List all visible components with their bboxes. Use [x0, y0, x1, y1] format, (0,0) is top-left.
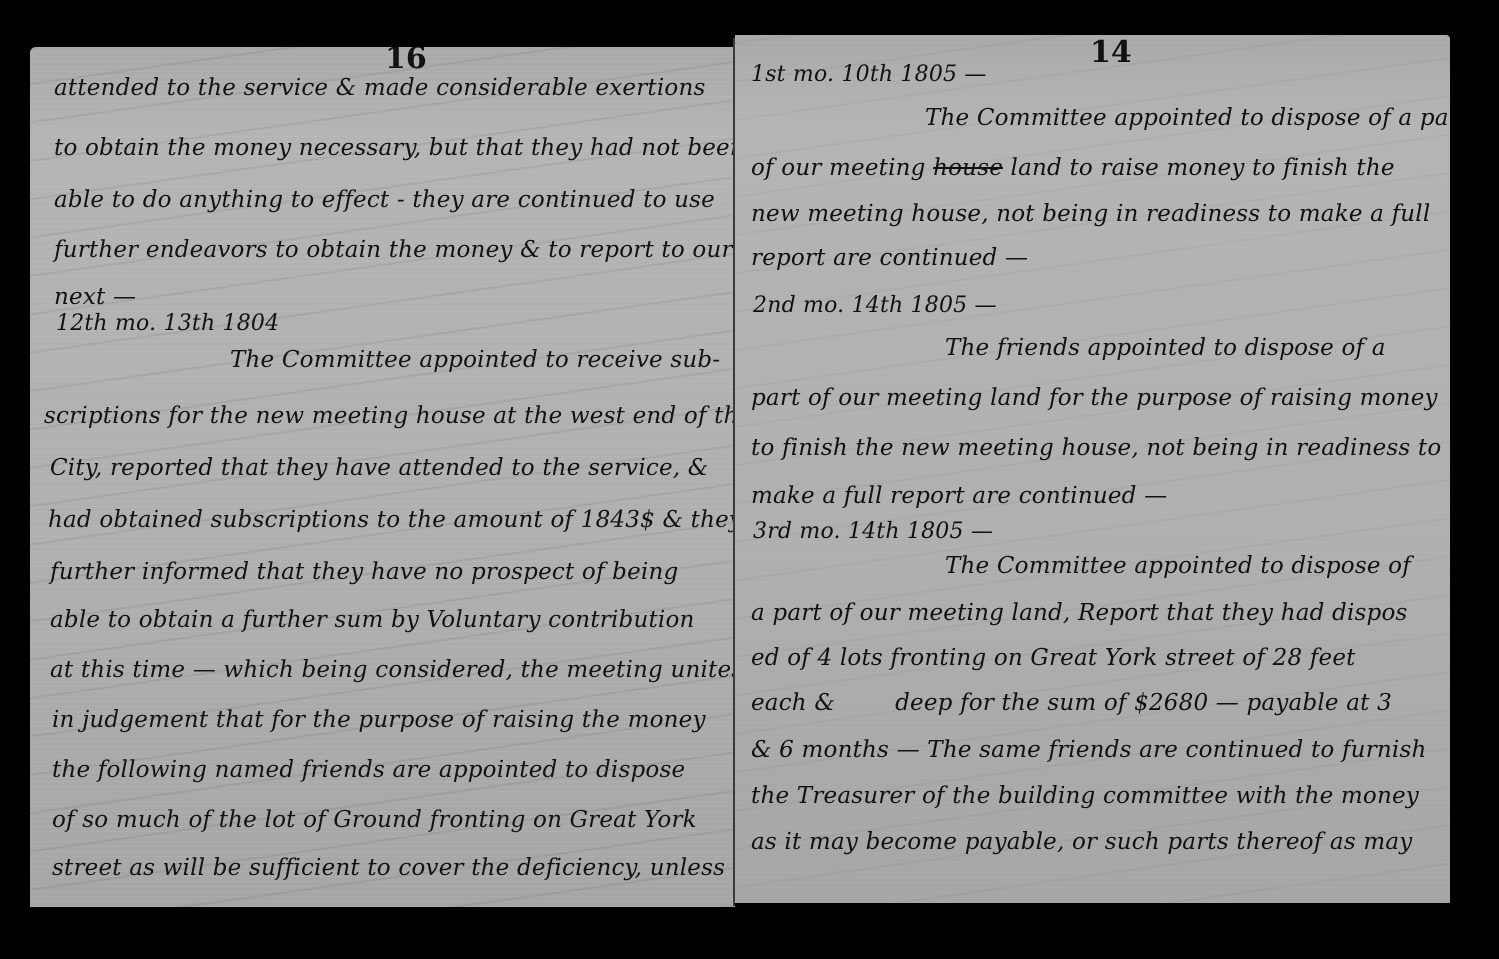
- manuscript-line: new meeting house, not being in readines…: [751, 201, 1430, 227]
- manuscript-line: to finish the new meeting house, not bei…: [751, 435, 1441, 461]
- manuscript-line: each & deep for the sum of $2680 — payab…: [751, 690, 1392, 716]
- manuscript-line: & 6 months — The same friends are contin…: [751, 737, 1426, 763]
- right-manuscript-page: 14 1st mo. 10th 1805 — The Committee app…: [735, 35, 1450, 903]
- manuscript-line: part of our meeting land for the purpose…: [751, 385, 1438, 411]
- text-after-strike: land to raise money to finish the: [1003, 155, 1395, 181]
- text-before-strike: of our meeting: [751, 155, 933, 181]
- manuscript-line: The Committee appointed to dispose of a …: [925, 105, 1450, 131]
- manuscript-line: the Treasurer of the building committee …: [751, 783, 1419, 809]
- manuscript-line: as it may become payable, or such parts …: [751, 829, 1412, 855]
- manuscript-line: ed of 4 lots fronting on Great York stre…: [751, 645, 1356, 671]
- manuscript-line: The friends appointed to dispose of a: [945, 335, 1386, 361]
- left-page-lower-lines: [30, 47, 735, 907]
- manuscript-line: of our meeting house land to raise money…: [751, 155, 1395, 181]
- manuscript-line: a part of our meeting land, Report that …: [751, 600, 1408, 626]
- entry-date: 2nd mo. 14th 1805 —: [753, 293, 997, 318]
- struck-word: house: [933, 155, 1003, 181]
- manuscript-line: report are continued —: [751, 245, 1028, 271]
- manuscript-line: make a full report are continued —: [751, 483, 1167, 509]
- page-number: 14: [1090, 35, 1132, 70]
- entry-date: 3rd mo. 14th 1805 —: [753, 519, 993, 544]
- manuscript-line: The Committee appointed to dispose of: [945, 553, 1411, 579]
- entry-date: 1st mo. 10th 1805 —: [751, 62, 987, 87]
